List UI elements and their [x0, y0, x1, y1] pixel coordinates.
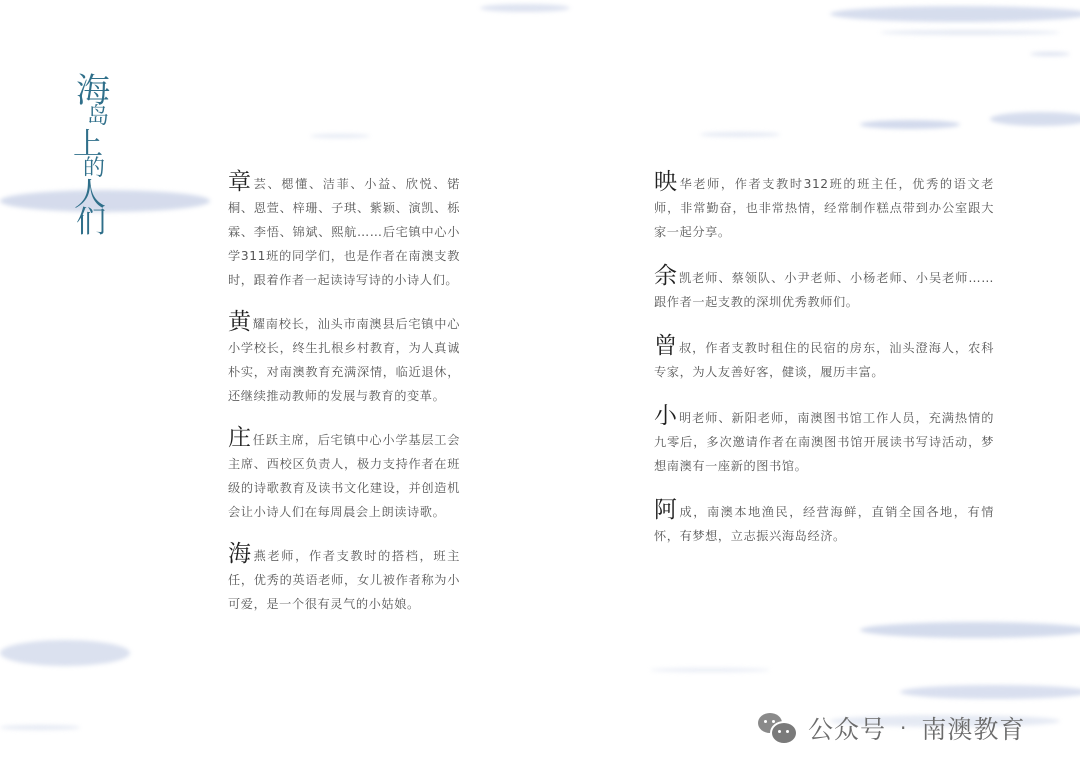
brush-stroke-decoration	[0, 725, 80, 730]
person-entry: 海燕老师，作者支教时的搭档，班主任，优秀的英语老师，女儿被作者称为小可爱，是一个…	[228, 544, 460, 616]
brush-stroke-decoration	[1030, 52, 1070, 56]
entry-initial: 小	[654, 403, 678, 429]
title-char: 们	[76, 208, 106, 238]
person-entry: 小明老师、新阳老师，南澳图书馆工作人员，充满热情的九零后，多次邀请作者在南澳图书…	[654, 406, 994, 478]
entry-initial: 阿	[654, 497, 679, 523]
entry-text: 凯老师、蔡领队、小尹老师、小杨老师、小吴老师……跟作者一起支教的深圳优秀教师们。	[654, 271, 994, 309]
brush-stroke-decoration	[860, 120, 960, 129]
entry-text: 叔，作者支教时租住的民宿的房东，汕头澄海人，农科专家，为人友善好客，健谈，履历丰…	[654, 341, 994, 379]
entry-text: 芸、楒懂、洁菲、小益、欣悦、锘桐、恩萱、梓珊、子琪、紫颖、演凯、栎霖、李悟、锦斌…	[228, 177, 460, 287]
right-column: 映华老师，作者支教时312班的班主任，优秀的语文老师，非常勤奋，也非常热情，经常…	[654, 172, 994, 570]
person-entry: 余凯老师、蔡领队、小尹老师、小杨老师、小吴老师……跟作者一起支教的深圳优秀教师们…	[654, 266, 994, 314]
person-entry: 黄耀南校长，汕头市南澳县后宅镇中心小学校长，终生扎根乡村教育，为人真诚朴实，对南…	[228, 312, 460, 408]
brush-stroke-decoration	[900, 685, 1080, 699]
brush-stroke-decoration	[650, 668, 770, 672]
watermark-label: 公众号	[808, 710, 886, 746]
entry-initial: 映	[654, 169, 679, 195]
watermark-account: 南澳教育	[921, 710, 1025, 746]
brush-stroke-decoration	[880, 30, 1060, 35]
entry-initial: 庄	[228, 425, 252, 451]
entry-text: 华老师，作者支教时312班的班主任，优秀的语文老师，非常勤奋，也非常热情，经常制…	[654, 177, 994, 239]
page-title: 海 岛 上 的 人 们	[66, 74, 116, 238]
brush-stroke-decoration	[830, 6, 1080, 22]
left-column: 章芸、楒懂、洁菲、小益、欣悦、锘桐、恩萱、梓珊、子琪、紫颖、演凯、栎霖、李悟、锦…	[228, 172, 460, 616]
entry-initial: 余	[654, 263, 678, 289]
entry-text: 明老师、新阳老师，南澳图书馆工作人员，充满热情的九零后，多次邀请作者在南澳图书馆…	[654, 411, 994, 473]
person-entry: 章芸、楒懂、洁菲、小益、欣悦、锘桐、恩萱、梓珊、子琪、紫颖、演凯、栎霖、李悟、锦…	[228, 172, 460, 292]
entry-initial: 章	[228, 169, 253, 195]
brush-stroke-decoration	[0, 640, 130, 666]
entry-text: 任跃主席，后宅镇中心小学基层工会主席、西校区负责人，极力支持作者在班级的诗歌教育…	[228, 433, 460, 519]
brush-stroke-decoration	[990, 112, 1080, 126]
person-entry: 曾叔，作者支教时租住的民宿的房东，汕头澄海人，农科专家，为人友善好客，健谈，履历…	[654, 336, 994, 384]
brush-stroke-decoration	[480, 4, 570, 12]
brush-stroke-decoration	[310, 134, 370, 138]
entry-text: 燕老师，作者支教时的搭档，班主任，优秀的英语老师，女儿被作者称为小可爱，是一个很…	[228, 549, 460, 611]
entry-text: 耀南校长，汕头市南澳县后宅镇中心小学校长，终生扎根乡村教育，为人真诚朴实，对南澳…	[228, 317, 460, 403]
brush-stroke-decoration	[700, 132, 780, 137]
wechat-icon	[758, 713, 798, 743]
watermark-separator: ·	[900, 716, 907, 740]
person-entry: 阿成，南澳本地渔民，经营海鲜，直销全国各地，有情怀，有梦想，立志振兴海岛经济。	[654, 500, 994, 548]
title-char: 岛	[87, 106, 109, 128]
entry-initial: 海	[228, 541, 253, 567]
title-char: 海	[76, 74, 110, 108]
person-entry: 庄任跃主席，后宅镇中心小学基层工会主席、西校区负责人，极力支持作者在班级的诗歌教…	[228, 428, 460, 524]
entry-text: 成，南澳本地渔民，经营海鲜，直销全国各地，有情怀，有梦想，立志振兴海岛经济。	[654, 505, 994, 543]
brush-stroke-decoration	[860, 622, 1080, 638]
entry-initial: 黄	[228, 309, 252, 335]
entry-initial: 曾	[654, 333, 678, 359]
wechat-watermark: 公众号 · 南澳教育	[758, 710, 1025, 746]
person-entry: 映华老师，作者支教时312班的班主任，优秀的语文老师，非常勤奋，也非常热情，经常…	[654, 172, 994, 244]
